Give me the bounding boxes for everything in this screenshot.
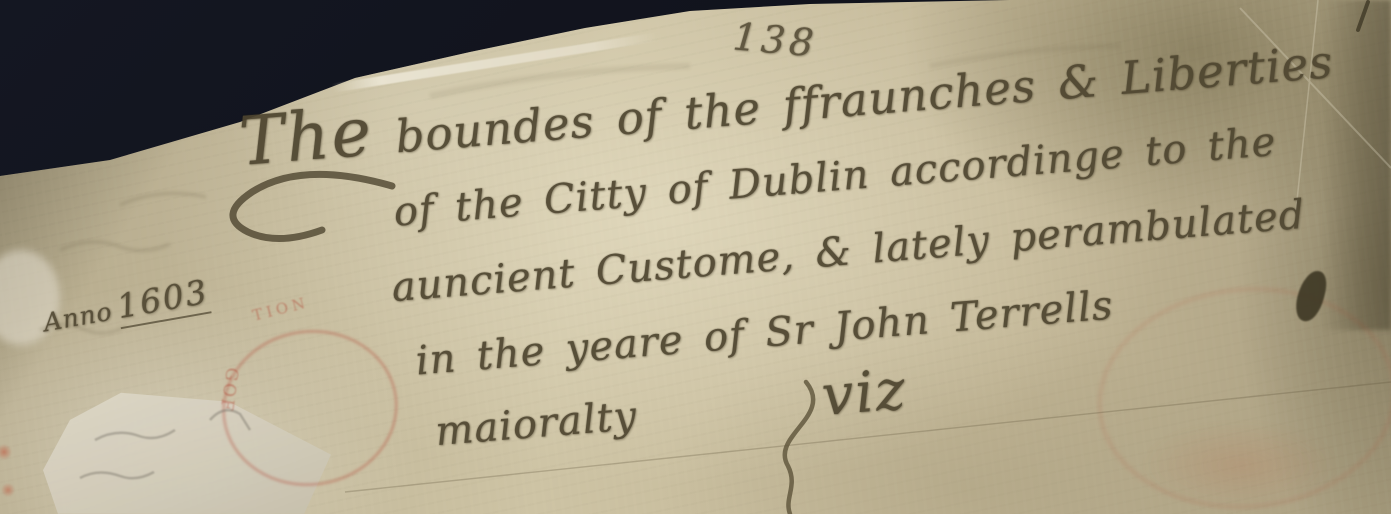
red-ink-smudge xyxy=(1140,420,1340,510)
handwriting-line-1-initial: The xyxy=(236,92,375,180)
manuscript-photo: TION GOF 138 xyxy=(0,0,1391,514)
viz-flourish: viz xyxy=(819,357,909,429)
handwriting-line-5: maioralty xyxy=(434,393,639,455)
page-number: 138 xyxy=(731,14,819,65)
red-ink-dots xyxy=(0,440,20,510)
